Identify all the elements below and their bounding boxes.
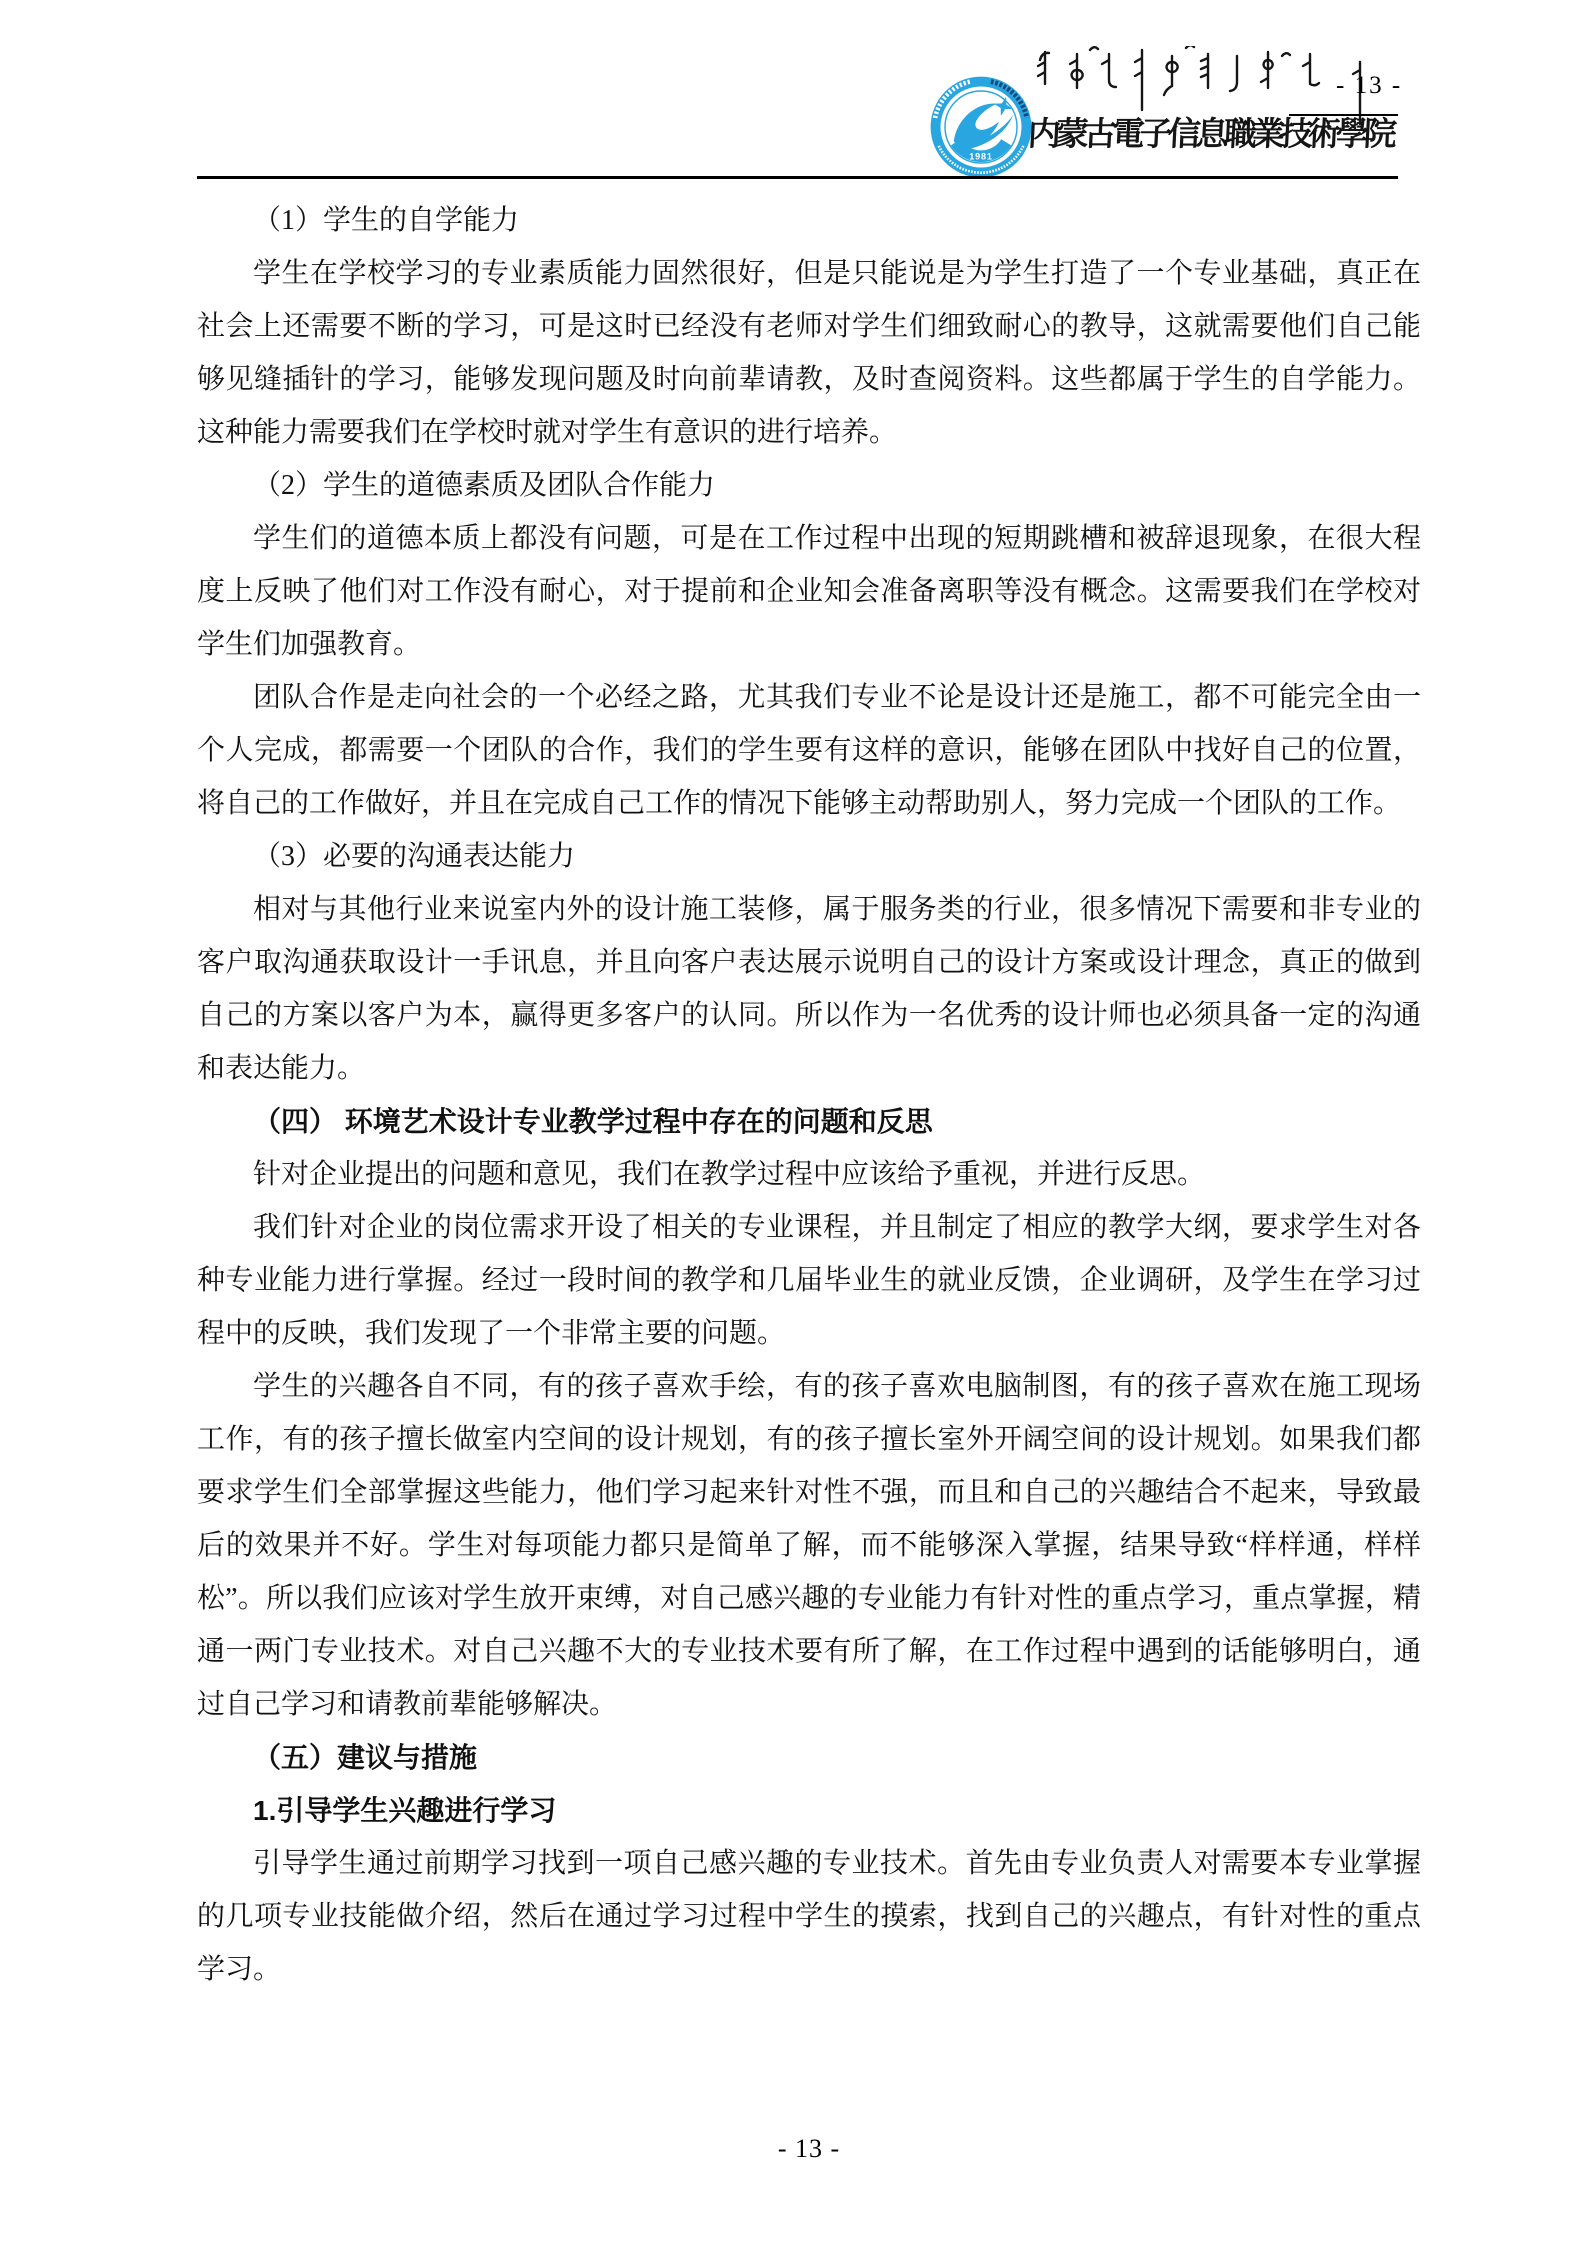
header-page-number: - 13 - — [1336, 72, 1402, 100]
paragraph: 针对企业提出的问题和意见，我们在教学过程中应该给予重视，并进行反思。 — [197, 1148, 1421, 1201]
paragraph: 学生的兴趣各自不同，有的孩子喜欢手绘，有的孩子喜欢电脑制图，有的孩子喜欢在施工现… — [197, 1360, 1421, 1731]
paragraph: 学生们的道德本质上都没有问题，可是在工作过程中出现的短期跳槽和被辞退现象，在很大… — [197, 512, 1421, 671]
paragraph: 我们针对企业的岗位需求开设了相关的专业课程，并且制定了相应的教学大纲，要求学生对… — [197, 1201, 1421, 1360]
section-heading: （五）建议与措施 — [197, 1731, 1421, 1784]
subsection-heading: 1.引导学生兴趣进行学习 — [197, 1784, 1421, 1837]
header-page-number-underline — [1289, 114, 1398, 116]
school-logo: 1981 — [927, 73, 1035, 181]
footer-page-number: - 13 - — [197, 2134, 1421, 2164]
sub-heading: （2）学生的道德素质及团队合作能力 — [197, 459, 1421, 512]
document-page: 1981 内蒙古電子信息職業技術學院 - 13 - （1）学生的自学能力 学生在… — [0, 0, 1587, 2245]
sub-heading: （1）学生的自学能力 — [197, 194, 1421, 247]
header-rule — [197, 176, 1398, 179]
sub-heading: （3）必要的沟通表达能力 — [197, 830, 1421, 883]
section-heading: （四） 环境艺术设计专业教学过程中存在的问题和反思 — [197, 1095, 1421, 1148]
paragraph: 相对与其他行业来说室内外的设计施工装修，属于服务类的行业，很多情况下需要和非专业… — [197, 883, 1421, 1095]
paragraph: 团队合作是走向社会的一个必经之路，尤其我们专业不论是设计还是施工，都不可能完全由… — [197, 671, 1421, 830]
document-body: （1）学生的自学能力 学生在学校学习的专业素质能力固然很好，但是只能说是为学生打… — [197, 194, 1421, 1996]
paragraph: 学生在学校学习的专业素质能力固然很好，但是只能说是为学生打造了一个专业基础，真正… — [197, 247, 1421, 459]
paragraph: 引导学生通过前期学习找到一项自己感兴趣的专业技术。首先由专业负责人对需要本专业掌… — [197, 1837, 1421, 1996]
logo-year: 1981 — [969, 151, 993, 161]
